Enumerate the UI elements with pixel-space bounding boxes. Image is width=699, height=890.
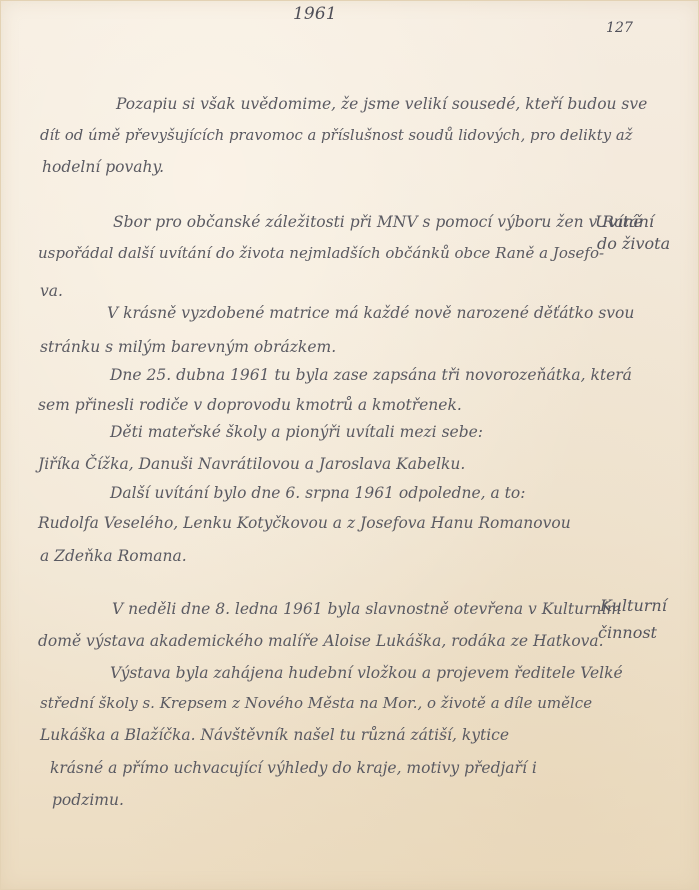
margin-note-line: Uvítání [595, 212, 670, 231]
text-line: Pozapiu si však uvědomime, že jsme velik… [116, 95, 647, 113]
text-line: V neděli dne 8. ledna 1961 byla slavnost… [112, 600, 621, 618]
text-line: stránku s milým barevným obrázkem. [40, 338, 336, 356]
margin-note-line: do života [597, 234, 670, 253]
text-line: a Zdeňka Romana. [40, 547, 187, 565]
text-line: Jiříka Čížka, Danuši Navrátilovou a Jaro… [38, 455, 465, 473]
margin-note-line: činnost [598, 623, 667, 642]
page-number: 127 [606, 20, 633, 36]
text-line: hodelní povahy. [42, 158, 164, 176]
text-line: Lukáška a Blažíčka. Návštěvník našel tu … [40, 726, 509, 744]
text-line: Rudolfa Veselého, Lenku Kotyčkovou a z J… [38, 514, 571, 532]
text-line: Výstava byla zahájena hudební vložkou a … [110, 664, 623, 682]
text-line: sem přinesli rodiče v doprovodu kmotrů a… [38, 396, 462, 414]
text-line: uspořádal další uvítání do života nejmla… [38, 244, 604, 262]
margin-note-line: Kulturní [600, 596, 667, 615]
header-year: 1961 [293, 4, 337, 24]
text-line: krásné a přímo uchvacující výhledy do kr… [50, 759, 537, 777]
text-line: Dne 25. dubna 1961 tu byla zase zapsána … [110, 366, 632, 384]
text-line: Sbor pro občanské záležitosti při MNV s … [113, 213, 643, 231]
text-line: Děti mateřské školy a pionýři uvítali me… [110, 423, 483, 441]
text-line: střední školy s. Krepsem z Nového Města … [40, 694, 592, 712]
text-line: dít od úmě převyšujících pravomoc a přís… [40, 127, 632, 144]
manuscript-page: 1961 127 Pozapiu si však uvědomime, že j… [0, 0, 699, 890]
text-line: Další uvítání bylo dne 6. srpna 1961 odp… [110, 484, 525, 502]
text-line: V krásně vyzdobené matrice má každé nově… [107, 304, 634, 322]
margin-note-welcome: Uvítání do života [595, 212, 670, 253]
text-line: va. [40, 282, 63, 300]
text-line: domě výstava akademického malíře Aloise … [38, 632, 604, 650]
margin-note-culture: Kulturní činnost [600, 596, 667, 642]
text-line: podzimu. [52, 791, 124, 809]
